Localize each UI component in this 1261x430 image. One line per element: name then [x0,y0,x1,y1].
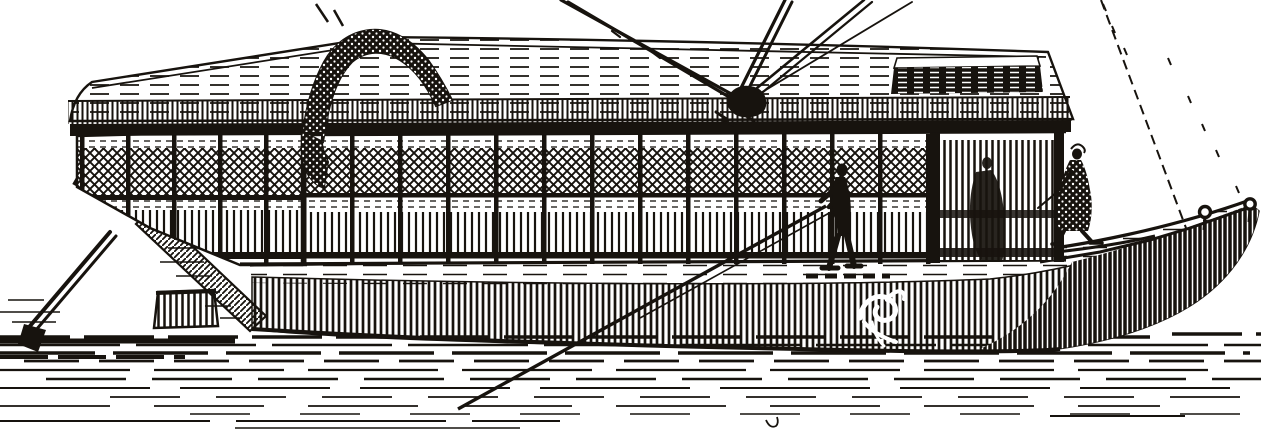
doorway-section [930,132,1064,263]
door-bars [938,140,1058,260]
door-post-left [930,133,940,263]
roof-skylight-box [891,56,1043,94]
barge-engraving: Black-and-white line engraving of a long… [0,0,1261,430]
engraving-page: Black-and-white line engraving of a long… [0,0,1261,430]
floating-block-top [156,291,216,293]
floating-block [154,290,218,328]
